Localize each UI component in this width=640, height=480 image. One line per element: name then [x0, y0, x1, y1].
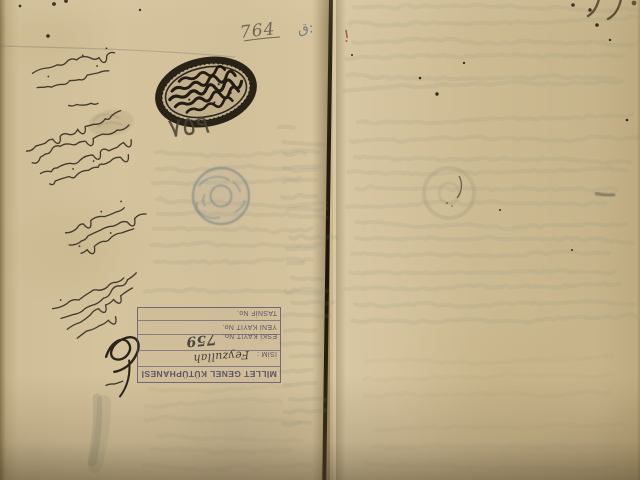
graphite-streak: [92, 398, 104, 466]
round-stamp: [193, 168, 249, 224]
ink-smudge: [595, 193, 615, 195]
mid-left-note: [61, 193, 152, 261]
library-stamp: MİLLET GENEL KÜTÜPHANESİ İSİM :Feyzullah…: [137, 307, 281, 383]
manuscript-scan: 764 ق: ٧٥٩ MİLLET GENEL KÜTÜPHANESİ İSİM…: [0, 0, 640, 480]
right-page-ghost-stamp: [424, 168, 474, 218]
stamp-row-tasnif: TASNİF No.: [138, 306, 280, 321]
stamp-row-isim: İSİM :Feyzullah: [138, 351, 280, 367]
red-collation-mark: [346, 30, 348, 42]
ink-layer: [0, 0, 640, 480]
stamp-yeni-label: YENİ KAYIT No.: [222, 323, 277, 330]
stamp-isim-label: İSİM :: [257, 350, 277, 357]
stamp-tasnif-label: TASNİF No.: [237, 309, 277, 316]
top-left-subnote: [69, 99, 98, 110]
folio-number: 764: [239, 19, 276, 43]
top-left-note: [31, 46, 119, 92]
stamp-title: MİLLET GENEL KÜTÜPHANESİ: [138, 367, 280, 382]
stamp-row-eski-kayit: ESKİ KAYIT No.759: [138, 335, 280, 351]
top-right-ink-strokes: [588, 0, 636, 19]
bottom-small-mark: [106, 381, 123, 386]
catchword-mark: ق:: [297, 20, 314, 37]
paper-crease: [0, 46, 235, 57]
seal-number-arabic: ٧٥٩: [166, 110, 211, 145]
stamp-row-yeni-kayit: YENİ KAYIT No.: [138, 321, 280, 335]
